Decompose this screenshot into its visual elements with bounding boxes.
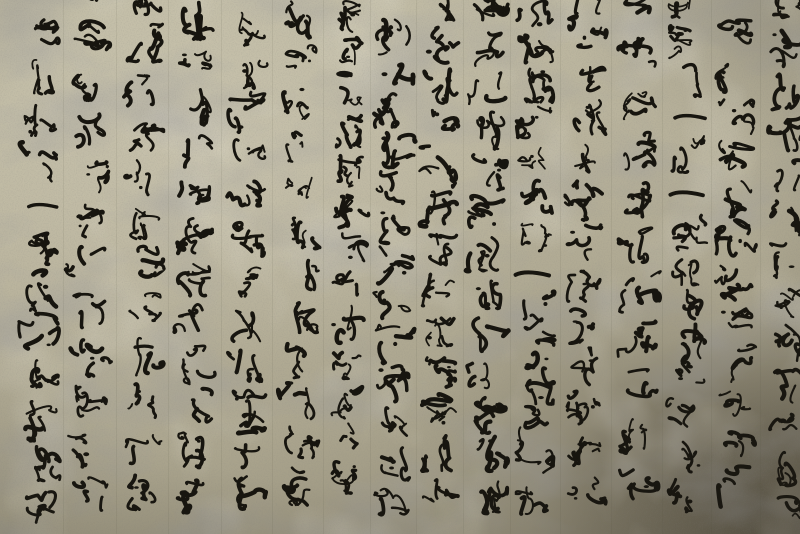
calligraphy-character <box>667 472 708 513</box>
brush-stroke-glyph <box>280 0 325 40</box>
brush-stroke-glyph <box>370 439 413 482</box>
brush-stroke-glyph <box>174 259 212 297</box>
brush-stroke-glyph <box>328 382 365 419</box>
brush-stroke-glyph <box>615 460 659 504</box>
brush-stroke-glyph <box>664 395 709 440</box>
brush-stroke-glyph <box>175 215 215 255</box>
brush-stroke-glyph <box>667 472 708 513</box>
calligraphy-character <box>664 395 709 440</box>
brush-stroke-glyph <box>615 34 658 77</box>
calligraphy-character <box>564 388 602 426</box>
brush-stroke-glyph <box>618 0 660 29</box>
calligraphy-character <box>174 0 216 41</box>
brush-stroke-glyph <box>16 269 60 313</box>
brush-stroke-glyph <box>615 129 658 172</box>
brush-stroke-glyph <box>416 143 461 188</box>
calligraphy-character <box>23 229 60 266</box>
calligraphy-character <box>771 0 800 24</box>
calligraphy-character <box>283 168 321 206</box>
calligraphy-character <box>512 27 554 69</box>
calligraphy-character <box>124 157 164 197</box>
calligraphy-character <box>418 432 459 473</box>
brush-stroke-glyph <box>123 426 162 465</box>
brush-stroke-glyph <box>467 0 511 30</box>
brush-stroke-glyph <box>669 361 707 399</box>
calligraphy-character <box>65 426 109 470</box>
calligraphy-character <box>420 473 461 514</box>
calligraphy-character <box>419 62 463 106</box>
calligraphy-character <box>468 108 511 151</box>
brush-stroke-glyph <box>514 364 556 406</box>
calligraphy-character <box>326 0 363 33</box>
brush-stroke-glyph <box>671 210 710 249</box>
calligraphy-character <box>69 201 106 238</box>
calligraphy-character <box>764 68 800 110</box>
calligraphy-character <box>63 243 108 288</box>
calligraphy-character <box>71 65 108 102</box>
calligraphy-character <box>423 0 463 22</box>
calligraphy-character <box>24 443 63 482</box>
calligraphy-character <box>331 343 369 381</box>
brush-stroke-glyph <box>124 381 163 420</box>
brush-stroke-glyph <box>15 139 60 184</box>
paper-fold-line <box>760 0 761 534</box>
brush-stroke-glyph <box>124 157 164 197</box>
brush-stroke-glyph <box>225 344 265 384</box>
brush-stroke-glyph <box>419 391 460 432</box>
calligraphy-character <box>328 35 365 72</box>
brush-stroke-glyph <box>666 0 703 23</box>
calligraphy-character <box>567 97 608 138</box>
calligraphy-character <box>281 463 325 507</box>
calligraphy-character <box>417 21 462 66</box>
brush-stroke-glyph <box>466 271 505 310</box>
calligraphy-character <box>516 65 555 104</box>
brush-stroke-glyph <box>281 423 320 462</box>
calligraphy-character <box>126 203 164 241</box>
brush-stroke-glyph <box>373 321 417 365</box>
brush-stroke-glyph <box>563 305 602 344</box>
calligraphy-character <box>370 439 413 482</box>
brush-stroke-glyph <box>668 284 708 324</box>
brush-stroke-glyph <box>325 420 362 457</box>
calligraphy-character <box>618 270 663 315</box>
brush-stroke-glyph <box>226 219 265 258</box>
brush-stroke-glyph <box>669 60 707 98</box>
brush-stroke-glyph <box>281 295 320 334</box>
brush-stroke-glyph <box>766 492 800 529</box>
calligraphy-character <box>464 188 508 232</box>
brush-stroke-glyph <box>562 179 605 222</box>
calligraphy-character <box>124 381 163 420</box>
brush-stroke-glyph <box>771 0 800 24</box>
brush-stroke-glyph <box>712 259 755 302</box>
brush-stroke-glyph <box>466 353 504 391</box>
calligraphy-character <box>374 168 411 205</box>
brush-stroke-glyph <box>224 174 268 218</box>
brush-stroke-glyph <box>278 335 322 379</box>
calligraphy-character <box>762 25 800 70</box>
brush-stroke-glyph <box>468 432 509 473</box>
brush-stroke-glyph <box>512 27 554 69</box>
brush-stroke-glyph <box>463 229 506 272</box>
brush-stroke-glyph <box>279 83 317 121</box>
brush-stroke-glyph <box>63 243 108 288</box>
calligraphy-character <box>417 185 460 228</box>
calligraphy-character <box>616 225 655 264</box>
brush-stroke-glyph <box>515 103 553 141</box>
calligraphy-character <box>717 178 757 218</box>
calligraphy-character <box>372 47 416 91</box>
brush-stroke-glyph <box>126 203 164 241</box>
calligraphy-character <box>669 361 707 399</box>
brush-stroke-glyph <box>468 472 510 514</box>
calligraphy-character <box>19 56 58 95</box>
brush-stroke-glyph <box>512 141 549 178</box>
calligraphy-character <box>667 23 703 59</box>
calligraphy-character <box>284 254 321 291</box>
calligraphy-character <box>15 139 60 184</box>
calligraphy-character <box>617 415 656 454</box>
brush-stroke-glyph <box>176 343 218 385</box>
calligraphy-character <box>24 186 61 223</box>
calligraphy-character <box>224 426 267 469</box>
calligraphy-character <box>16 311 61 356</box>
calligraphy-character <box>277 378 320 421</box>
brush-stroke-glyph <box>283 168 321 206</box>
brush-stroke-glyph <box>125 22 165 62</box>
calligraphy-character <box>665 170 708 213</box>
brush-stroke-glyph <box>69 201 106 238</box>
brush-stroke-glyph <box>670 435 709 474</box>
brush-stroke-glyph <box>374 168 411 205</box>
calligraphy-character <box>280 0 325 40</box>
paper-fold-line <box>168 0 169 534</box>
brush-stroke-glyph <box>332 112 369 149</box>
brush-stroke-glyph <box>374 126 417 169</box>
calligraphy-character <box>670 97 710 137</box>
calligraphy-character <box>562 179 605 222</box>
calligraphy-character <box>177 45 213 81</box>
calligraphy-character <box>615 129 658 172</box>
calligraphy-character <box>710 11 754 55</box>
calligraphy-character <box>566 264 605 303</box>
brush-stroke-glyph <box>127 113 166 152</box>
calligraphy-character <box>716 96 756 136</box>
brush-stroke-glyph <box>281 463 325 507</box>
brush-stroke-glyph <box>562 138 605 181</box>
brush-stroke-glyph <box>767 109 800 153</box>
calligraphy-character <box>71 293 107 329</box>
brush-stroke-glyph <box>173 386 215 428</box>
brush-stroke-glyph <box>566 56 608 98</box>
brush-stroke-glyph <box>766 321 800 363</box>
calligraphy-character <box>327 458 364 495</box>
calligraphy-character <box>21 485 60 524</box>
brush-stroke-glyph <box>716 342 758 384</box>
calligraphy-character <box>717 426 756 465</box>
brush-stroke-glyph <box>665 170 708 213</box>
calligraphy-character <box>765 235 800 280</box>
brush-stroke-glyph <box>24 443 63 482</box>
calligraphy-character <box>769 153 800 193</box>
brush-stroke-glyph <box>331 343 369 381</box>
brush-stroke-glyph <box>69 108 110 149</box>
calligraphy-character <box>464 390 509 435</box>
brush-stroke-glyph <box>177 45 213 81</box>
brush-stroke-glyph <box>419 62 463 106</box>
brush-stroke-glyph <box>371 87 413 129</box>
calligraphy-character <box>281 41 319 79</box>
brush-stroke-glyph <box>330 226 370 266</box>
brush-stroke-glyph <box>565 468 609 512</box>
calligraphy-character <box>324 301 368 345</box>
calligraphy-character <box>329 186 372 229</box>
brush-stroke-glyph <box>174 0 216 41</box>
brush-stroke-glyph <box>124 245 167 288</box>
brush-stroke-glyph <box>281 41 319 79</box>
calligraphy-character <box>324 264 366 306</box>
calligraphy-character <box>767 362 800 405</box>
brush-stroke-glyph <box>420 351 458 389</box>
brush-stroke-glyph <box>282 127 318 163</box>
brush-stroke-glyph <box>71 473 110 512</box>
brush-stroke-glyph <box>173 471 216 514</box>
calligraphy-character <box>667 134 707 174</box>
brush-stroke-glyph <box>22 357 61 396</box>
calligraphy-character <box>517 216 554 253</box>
calligraphy-character <box>226 219 265 258</box>
brush-stroke-glyph <box>69 16 112 59</box>
calligraphy-character <box>712 259 755 302</box>
brush-stroke-glyph <box>769 153 800 193</box>
brush-stroke-glyph <box>467 148 509 190</box>
calligraphy-character <box>177 86 218 127</box>
calligraphy-character <box>713 217 758 262</box>
brush-stroke-glyph <box>373 9 416 52</box>
brush-stroke-glyph <box>65 426 109 470</box>
brush-stroke-glyph <box>464 188 508 232</box>
calligraphy-character <box>72 384 109 421</box>
brush-stroke-glyph <box>715 302 754 341</box>
brush-stroke-glyph <box>325 72 364 111</box>
brush-stroke-glyph <box>621 84 658 121</box>
calligraphy-character <box>332 112 369 149</box>
brush-stroke-glyph <box>19 56 58 95</box>
brush-stroke-glyph <box>566 14 609 57</box>
calligraphy-character <box>666 0 703 23</box>
calligraphy-character <box>513 177 554 218</box>
brush-stroke-glyph <box>517 216 554 253</box>
calligraphy-character <box>468 472 510 514</box>
calligraphy-character <box>420 351 458 389</box>
calligraphy-character <box>566 344 610 388</box>
brush-stroke-glyph <box>69 334 113 378</box>
calligraphy-character <box>279 83 317 121</box>
calligraphy-character <box>466 353 504 391</box>
calligraphy-character <box>124 245 167 288</box>
brush-stroke-glyph <box>616 225 655 264</box>
calligraphy-character <box>467 148 509 190</box>
brush-stroke-glyph <box>713 217 758 262</box>
brush-stroke-glyph <box>223 90 267 134</box>
calligraphy-character <box>512 141 549 178</box>
calligraphy-character <box>374 207 411 244</box>
calligraphy-character <box>71 155 110 194</box>
paper-fold-line <box>221 0 222 534</box>
calligraphy-character <box>716 342 758 384</box>
brush-stroke-glyph <box>370 283 413 326</box>
brush-stroke-glyph <box>326 0 363 33</box>
calligraphy-character <box>468 432 509 473</box>
calligraphy-character <box>370 362 412 404</box>
brush-stroke-glyph <box>667 134 707 174</box>
brush-stroke-glyph <box>122 67 163 108</box>
brush-stroke-glyph <box>123 334 166 377</box>
calligraphy-character <box>173 471 216 514</box>
calligraphy-character <box>22 101 58 137</box>
brush-stroke-glyph <box>328 35 365 72</box>
brush-stroke-glyph <box>618 270 663 315</box>
brush-stroke-glyph <box>663 319 708 364</box>
brush-stroke-glyph <box>711 465 756 510</box>
brush-stroke-glyph <box>71 65 108 102</box>
calligraphy-character <box>565 468 609 512</box>
brush-stroke-glyph <box>16 398 59 441</box>
brush-stroke-glyph <box>122 291 163 332</box>
brush-stroke-glyph <box>563 222 604 263</box>
calligraphy-character <box>228 8 267 47</box>
calligraphy-character <box>284 211 322 249</box>
brush-stroke-glyph <box>417 185 460 228</box>
calligraphy-character <box>225 384 269 428</box>
paper-fold-line <box>560 0 561 534</box>
calligraphy-character <box>123 334 166 377</box>
calligraphy-character <box>370 283 413 326</box>
brush-stroke-glyph <box>230 135 267 172</box>
calligraphy-character <box>668 284 708 324</box>
brush-stroke-glyph <box>767 362 800 405</box>
brush-stroke-glyph <box>424 229 461 266</box>
brush-stroke-glyph <box>171 299 215 343</box>
calligraphy-character <box>227 262 263 298</box>
brush-stroke-glyph <box>464 390 509 435</box>
brush-stroke-glyph <box>710 11 754 55</box>
calligraphy-character <box>416 143 461 188</box>
brush-stroke-glyph <box>566 264 605 303</box>
brush-stroke-glyph <box>513 438 556 481</box>
brush-stroke-glyph <box>513 479 550 516</box>
calligraphy-character <box>424 229 461 266</box>
calligraphy-character <box>563 305 602 344</box>
brush-stroke-glyph <box>468 108 511 151</box>
calligraphy-character <box>176 343 218 385</box>
calligraphy-character <box>18 12 60 54</box>
calligraphy-character <box>767 406 800 445</box>
calligraphy-character <box>230 50 270 90</box>
calligraphy-character <box>713 135 757 179</box>
calligraphy-character <box>230 135 267 172</box>
calligraphy-character <box>374 126 417 169</box>
brush-stroke-glyph <box>717 178 757 218</box>
calligraphy-character <box>225 468 268 511</box>
calligraphy-character <box>467 29 506 68</box>
calligraphy-character <box>615 34 658 77</box>
calligraphy-character <box>766 321 800 363</box>
brush-stroke-glyph <box>716 96 756 136</box>
brush-stroke-glyph <box>71 293 107 329</box>
calligraphy-character <box>767 193 800 238</box>
calligraphy-character <box>663 319 708 364</box>
calligraphy-character <box>16 269 60 313</box>
calligraphy-character <box>22 357 61 396</box>
brush-stroke-glyph <box>713 56 751 94</box>
brush-stroke-glyph <box>467 29 506 68</box>
brush-stroke-glyph <box>420 270 457 307</box>
calligraphy-character <box>419 391 460 432</box>
calligraphy-character <box>224 174 268 218</box>
brush-stroke-glyph <box>620 367 660 407</box>
calligraphy-character <box>126 0 163 17</box>
calligraphy-character <box>566 431 602 467</box>
brush-stroke-glyph <box>564 388 602 426</box>
calligraphy-character <box>421 105 461 145</box>
calligraphy-character <box>466 271 505 310</box>
brush-stroke-glyph <box>421 311 457 347</box>
calligraphy-character <box>228 301 270 343</box>
calligraphy-character <box>563 222 604 263</box>
calligraphy-character <box>615 460 659 504</box>
brush-stroke-glyph <box>227 262 263 298</box>
calligraphy-character <box>328 150 365 187</box>
brush-stroke-glyph <box>24 186 61 223</box>
calligraphy-character <box>69 108 110 149</box>
brush-stroke-glyph <box>16 311 61 356</box>
paper-fold-line <box>611 0 612 534</box>
calligraphy-character <box>371 243 416 288</box>
brush-stroke-glyph <box>68 0 108 12</box>
calligraphy-character <box>123 426 162 465</box>
calligraphy-character <box>671 210 710 249</box>
brush-stroke-glyph <box>665 246 706 287</box>
calligraphy-character <box>566 56 608 98</box>
brush-stroke-glyph <box>284 211 322 249</box>
brush-stroke-glyph <box>374 403 411 440</box>
calligraphy-character <box>620 367 660 407</box>
calligraphy-character <box>278 335 322 379</box>
calligraphy-character <box>421 311 457 347</box>
brush-stroke-glyph <box>615 318 659 362</box>
calligraphy-character <box>176 432 212 468</box>
brush-stroke-glyph <box>421 105 461 145</box>
brush-stroke-glyph <box>513 177 554 218</box>
calligraphy-character <box>127 113 166 152</box>
paper-fold-line <box>416 0 417 534</box>
brush-stroke-glyph <box>371 243 416 288</box>
calligraphy-character <box>513 479 550 516</box>
calligraphy-character <box>621 84 658 121</box>
calligraphy-character <box>175 129 215 169</box>
calligraphy-character <box>463 229 506 272</box>
calligraphy-character <box>328 382 365 419</box>
calligraphy-character <box>767 109 800 153</box>
calligraphy-character <box>16 398 59 441</box>
brush-stroke-glyph <box>567 97 608 138</box>
calligraphy-character <box>665 246 706 287</box>
brush-stroke-glyph <box>372 47 416 91</box>
brush-stroke-glyph <box>324 301 368 345</box>
brush-stroke-glyph <box>225 384 269 428</box>
